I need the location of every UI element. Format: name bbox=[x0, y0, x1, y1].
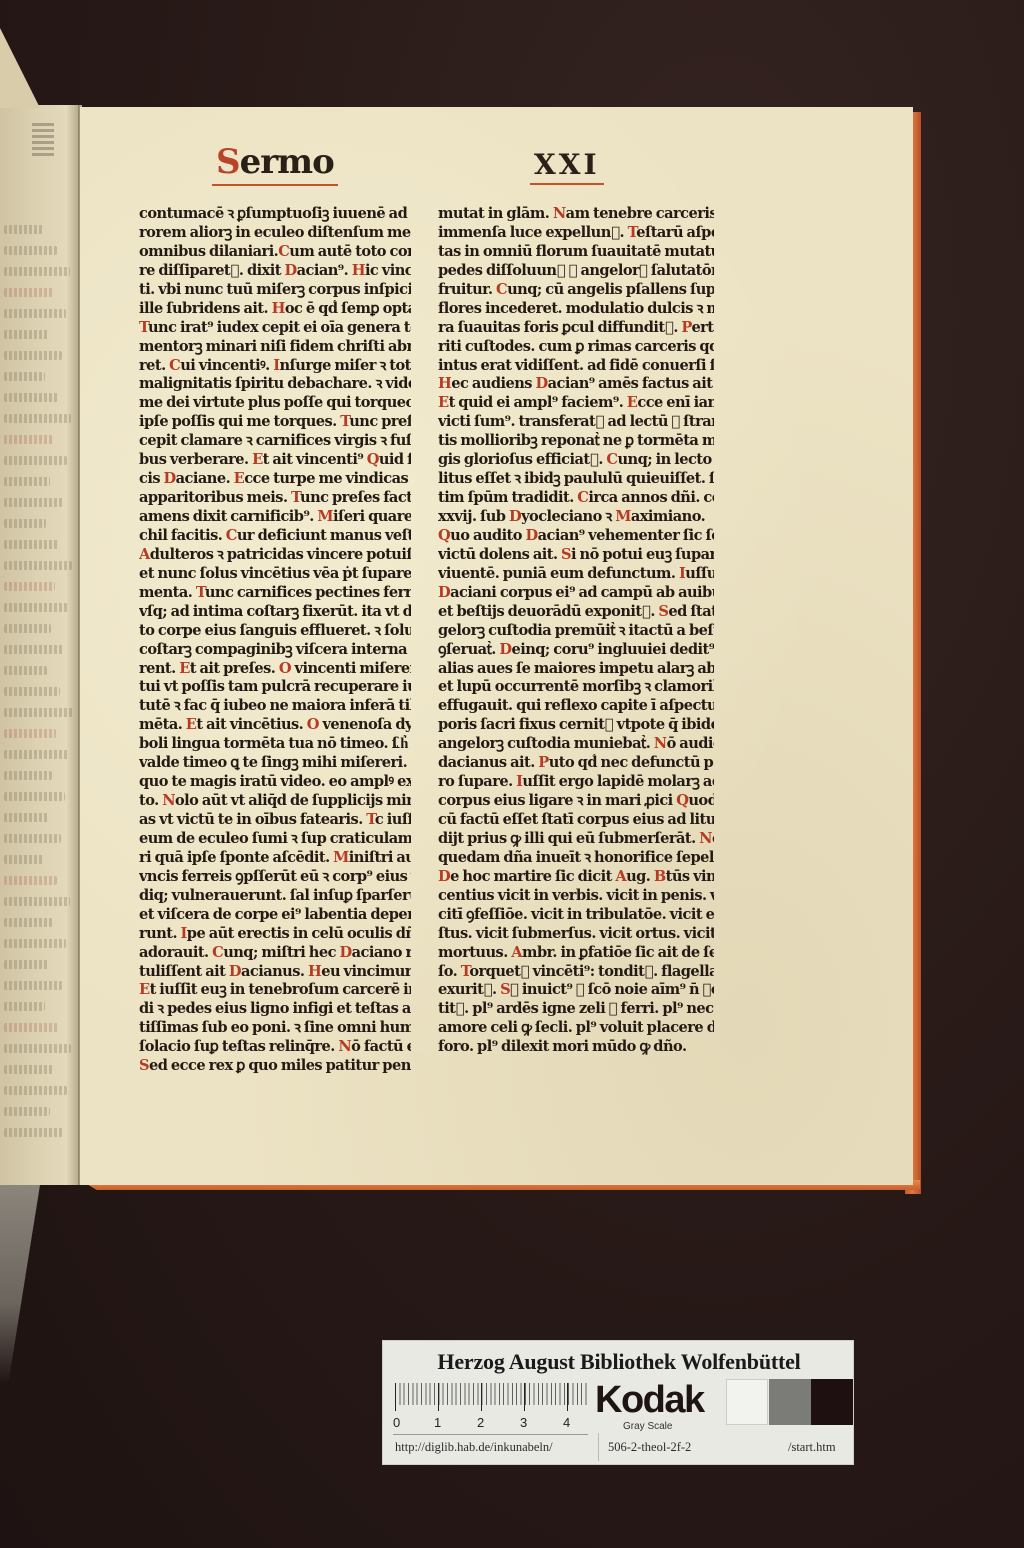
left-page-line bbox=[4, 750, 69, 759]
text-segment: to. bbox=[139, 792, 162, 809]
text-segment: ed ecce rex ꝑ quo miles patitur penaꝫ bbox=[149, 1057, 411, 1074]
text-segment: tim ſpūm tradidit. bbox=[438, 489, 577, 506]
text-segment: acianus. bbox=[241, 963, 308, 980]
text-line: coſtarꝫ compaginibꝫ viſcera interna pate… bbox=[139, 641, 411, 660]
text-segment: ꝯſeruatᷣ. bbox=[438, 641, 499, 658]
text-segment: oc ē qḋ ſemꝑ optaui bbox=[285, 300, 411, 317]
text-segment: corpus eius ligare ꝛ in mari ꝓici bbox=[438, 792, 676, 809]
text-segment: effugauit. qui reflexo capite ī aſpectu … bbox=[438, 697, 714, 714]
rubricated-initial: M bbox=[333, 849, 349, 866]
left-page-line bbox=[4, 1107, 50, 1116]
rubricated-initial: T bbox=[366, 811, 375, 828]
text-segment: aciane. bbox=[176, 470, 234, 487]
text-segment: tuliſſent ait bbox=[139, 963, 229, 980]
rubricated-initial: T bbox=[291, 489, 300, 506]
left-page-line bbox=[4, 1002, 45, 1011]
text-segment: gelorꝫ cuſtodia premūitᷣ ꝛ itactū a beſt… bbox=[438, 622, 714, 639]
text-line: corpus eius ligare ꝛ in mari ꝓici Quod bbox=[438, 792, 714, 811]
text-line: victū dolens ait. Si nō potui euꝫ ſupare bbox=[438, 546, 714, 565]
text-line: chil facitis. Cur deficiunt manus veſtre bbox=[139, 527, 411, 546]
text-line: amens dixit carnificib⁹. Miſeri quare ni bbox=[139, 508, 411, 527]
text-segment: malignitatis ſpiritu debachare. ꝛ videbi… bbox=[139, 375, 411, 392]
text-line: runt. Ipe aūt erectis in celū oculis dñm bbox=[139, 925, 411, 944]
text-line: dijt prius ꝙ illi qui eū ſubmerſerāt. Nō bbox=[438, 830, 714, 849]
text-line: re diſſiparetᷣ. dixit Dacian⁹. Hic vince… bbox=[139, 262, 411, 281]
text-segment: nſurge miſer ꝛ toto bbox=[279, 357, 411, 374]
text-segment: t ait vincenti⁹ bbox=[263, 451, 367, 468]
text-segment: tiſſimas ſub eo poni. ꝛ ſine omni humano bbox=[139, 1019, 411, 1036]
rubricated-initial: D bbox=[229, 963, 241, 980]
text-segment: unc irat⁹ iudex cepit ei oīa genera tor/ bbox=[148, 319, 411, 336]
text-segment: am tenebre carceris ab bbox=[566, 205, 714, 222]
text-segment: tutē ꝛ fac q̄ iubeo ne maiora inferā tib… bbox=[139, 697, 411, 714]
text-line: et viſcera de corpe ei⁹ labentia depende… bbox=[139, 906, 411, 925]
text-segment: angelorꝫ cuſtodia muniebatᷣ. bbox=[438, 735, 654, 752]
ruler-major-tick bbox=[395, 1383, 396, 1411]
left-page-line bbox=[4, 687, 60, 696]
text-segment: iſeri quare ni bbox=[333, 508, 411, 525]
measurement-ruler: 0 1 2 3 4 bbox=[393, 1383, 588, 1435]
text-line: rent. Et ait preſes. O vincenti miſerere bbox=[139, 660, 411, 679]
text-line: mutat in glām. Nam tenebre carceris ab bbox=[438, 205, 714, 224]
rubricated-initial: E bbox=[252, 451, 263, 468]
text-segment: ō bbox=[712, 830, 714, 847]
left-page-line bbox=[4, 1086, 67, 1095]
text-segment: di ꝛ pedes eius ligno infigi et teſtas a… bbox=[139, 1000, 411, 1017]
rubricated-initial: H bbox=[438, 375, 451, 392]
rubricated-initial: E bbox=[186, 716, 197, 733]
rubricated-initial: N bbox=[654, 735, 667, 752]
text-line: ſtus. vicit ſubmerſus. vicit ortus. vici… bbox=[438, 925, 714, 944]
left-page-line bbox=[4, 624, 51, 633]
ruler-number: 1 bbox=[434, 1415, 441, 1430]
ruler-number: 3 bbox=[520, 1415, 527, 1430]
text-line: ſolacio ſuꝑ teſtas relinq̄re. Nō factū e… bbox=[139, 1038, 411, 1057]
left-page-line bbox=[4, 225, 44, 234]
text-line: mentorꝫ minari niſi fidem chriſti abnega bbox=[139, 338, 411, 357]
rubricated-initial: C bbox=[212, 944, 223, 961]
text-line: apparitoribus meis. Tunc preſes factus bbox=[139, 489, 411, 508]
ruler-major-tick bbox=[481, 1383, 482, 1411]
rubricated-initial: H bbox=[352, 262, 365, 279]
text-segment: tas in omniū florum ſuauitatē mutatur. bbox=[438, 243, 714, 260]
rubricated-initial: H bbox=[308, 963, 321, 980]
rubricated-initial: C bbox=[496, 281, 507, 298]
text-segment: uod bbox=[688, 792, 714, 809]
text-segment: ti. vbi nunc tuū miſerꝫ corpus inſpicis. bbox=[139, 281, 411, 298]
rubricated-initial: A bbox=[511, 944, 522, 961]
text-line: foro. pl⁹ dilexit mori mūdo ꝙ dño. bbox=[438, 1038, 714, 1057]
rubricated-initial: C bbox=[169, 357, 180, 374]
text-line: Et quid ei ampl⁹ faciem⁹. Ecce enī iam bbox=[438, 394, 714, 413]
running-head-sermo: Sermo bbox=[212, 142, 338, 186]
text-line: gis glorioſus efficiatᷣ. Cunq; in lecto … bbox=[438, 451, 714, 470]
text-segment: ro ſupare. bbox=[438, 773, 516, 790]
left-page-line bbox=[4, 771, 52, 780]
text-segment: ra ſuauitas foris ꝑcul diffunditᷣ. bbox=[438, 319, 681, 336]
left-page-line bbox=[4, 855, 44, 864]
text-line: dacianus ait. Puto qḋ nec defunctū pote bbox=[438, 754, 714, 773]
text-segment: adorauit. bbox=[139, 944, 212, 961]
rubricated-initial: N bbox=[338, 1038, 351, 1055]
text-line: amore celi ꝙ ſecli. pl⁹ voluit placere d… bbox=[438, 1019, 714, 1038]
text-segment: dulteros ꝛ patricidas vincere potuiſtꝭ bbox=[150, 546, 411, 563]
text-line: tutē ꝛ fac q̄ iubeo ne maiora inferā tib… bbox=[139, 697, 411, 716]
text-segment: omnibus dilaniari. bbox=[139, 243, 278, 260]
text-segment: uſſu ḡ bbox=[685, 565, 714, 582]
rubricated-initial: E bbox=[139, 981, 150, 998]
left-page-line bbox=[4, 582, 55, 591]
text-segment: olo aūt vt aliq̄d de ſupplicijs minu bbox=[175, 792, 411, 809]
text-segment: vſq; ad intima coſtarꝫ fixerūt. ita vt d… bbox=[139, 603, 411, 620]
left-page-line bbox=[4, 708, 73, 717]
left-page-line bbox=[4, 351, 62, 360]
text-segment: tūs vin bbox=[666, 868, 714, 885]
text-segment: einq; coru⁹ ingluuiei dedit⁹ bbox=[511, 641, 714, 658]
text-line: quo te magis iratū video. eo amplꝰ exul bbox=[139, 773, 411, 792]
text-line: eum de eculeo ſumi ꝛ ſup craticulam aſſa bbox=[139, 830, 411, 849]
text-segment: cis bbox=[139, 470, 164, 487]
text-segment: venenoſa dya bbox=[319, 716, 411, 733]
text-segment: mentorꝫ minari niſi fidem chriſti abnega bbox=[139, 338, 411, 355]
text-segment: eſtarū aſperi bbox=[636, 224, 714, 241]
text-line: mēta. Et ait vincētius. O venenoſa dya bbox=[139, 716, 411, 735]
text-line: ti. vbi nunc tuū miſerꝫ corpus inſpicis.… bbox=[139, 281, 411, 300]
left-page-line bbox=[4, 393, 58, 402]
text-segment: boli lingua tormēta tua nō timeo. ſ꜡ h͛ … bbox=[139, 735, 411, 752]
text-line: diq; vulnerauerunt. ſal inſuꝑ ſparſerunt bbox=[139, 887, 411, 906]
text-segment: ri quā ipſe ſponte aſcēdit. bbox=[139, 849, 333, 866]
rubricated-initial: D bbox=[438, 868, 450, 885]
text-line: riti cuſtodes. cum ꝑ rimas carceris qḋ bbox=[438, 338, 714, 357]
text-segment: erter bbox=[691, 319, 714, 336]
text-segment: intus erat vidiſſent. ad fidē conuerſi ſ… bbox=[438, 357, 714, 374]
text-line: tiſſimas ſub eo poni. ꝛ ſine omni humano bbox=[139, 1019, 411, 1038]
text-segment: ꝫ inuict⁹ ꝑ ſcō noie aīm⁹ n̄ ꝯcu bbox=[510, 981, 714, 998]
text-line: quedam dña inueīt ꝛ honorifice ſepeliuit bbox=[438, 849, 714, 868]
text-segment: cepit clamare ꝛ carnifices virgis ꝛ fuſt… bbox=[139, 432, 411, 449]
ruler-number: 4 bbox=[563, 1415, 570, 1430]
text-segment: aciani corpus ei⁹ ad campū ab auibuſ bbox=[450, 584, 714, 601]
text-segment: acian⁹ vehementer ſic ſe bbox=[538, 527, 714, 544]
text-line: Tunc irat⁹ iudex cepit ei oīa genera tor… bbox=[139, 319, 411, 338]
text-segment: t ait vincētius. bbox=[196, 716, 306, 733]
text-line: contumacē ꝛ ꝑſumptuoſiꝫ iuuenē ad ter bbox=[139, 205, 411, 224]
left-page-line bbox=[4, 939, 66, 948]
rubricated-initial: A bbox=[139, 546, 150, 563]
left-page-line bbox=[4, 540, 59, 549]
text-segment: acian⁹. bbox=[297, 262, 352, 279]
text-line: vſq; ad intima coſtarꝫ fixerūt. ita vt d… bbox=[139, 603, 411, 622]
rubricated-initial: D bbox=[525, 527, 537, 544]
left-page-line bbox=[4, 519, 46, 528]
left-page-curl bbox=[0, 28, 40, 108]
text-line: Et iuſſit euꝫ in tenebroſum carcerē indu bbox=[139, 981, 411, 1000]
text-segment: ſolacio ſuꝑ teſtas relinq̄re. bbox=[139, 1038, 338, 1055]
text-segment: riti cuſtodes. cum ꝑ rimas carceris qḋ bbox=[438, 338, 714, 355]
rubricated-initial: D bbox=[509, 508, 521, 525]
text-line: vncis ferreis ꝯpſſerūt eū ꝛ corp⁹ eius v… bbox=[139, 868, 411, 887]
rubricated-initial: Q bbox=[438, 527, 450, 544]
text-segment: amens dixit carnificib⁹. bbox=[139, 508, 317, 525]
text-segment: eu vincimur. bbox=[321, 963, 411, 980]
rubricated-initial: E bbox=[234, 470, 245, 487]
text-segment: titᷣ. pl⁹ ardēs igne zeli ꝙ ferri. pl⁹ n… bbox=[438, 1000, 714, 1017]
text-segment: quedam dña inueīt ꝛ honorifice ſepeliuit bbox=[438, 849, 714, 866]
left-page-line bbox=[4, 309, 66, 318]
text-line: tim ſpūm tradidit. Circa annos dñi. cclx… bbox=[438, 489, 714, 508]
text-segment: unc carnifices pectines ferreos bbox=[205, 584, 411, 601]
text-segment: unq; in lecto po bbox=[618, 451, 715, 468]
left-page-line bbox=[4, 645, 64, 654]
text-line: gelorꝫ cuſtodia premūitᷣ ꝛ itactū a beſt… bbox=[438, 622, 714, 641]
text-segment: me dei virtute plus poſſe qui torqueor ꝙ bbox=[139, 394, 411, 411]
text-segment: exuritᷣ. bbox=[438, 981, 500, 998]
text-segment: ſo. bbox=[438, 963, 461, 980]
text-segment: acian⁹ amēs factus ait bbox=[548, 375, 713, 392]
rubricated-initial: D bbox=[438, 584, 450, 601]
url-suffix: /start.htm bbox=[788, 1440, 836, 1455]
left-page-line bbox=[4, 372, 45, 381]
left-page-line bbox=[4, 267, 70, 276]
left-page-line bbox=[4, 1065, 54, 1074]
text-line: immenſa luce expellunᷣ. Teſtarū aſperi bbox=[438, 224, 714, 243]
text-line: tuliſſent ait Dacianus. Heu vincimur. bbox=[139, 963, 411, 982]
text-segment: immenſa luce expellunᷣ. bbox=[438, 224, 628, 241]
left-page-line bbox=[4, 477, 50, 486]
text-line: Daciani corpus ei⁹ ad campū ab auibuſ bbox=[438, 584, 714, 603]
text-segment: re diſſiparetᷣ. dixit bbox=[139, 262, 284, 279]
text-segment: ipſe poſſis qui me torques. bbox=[139, 413, 340, 430]
text-line: ro ſupare. Iuſſit ergo lapidē molarꝫ ad bbox=[438, 773, 714, 792]
left-page-line bbox=[4, 330, 49, 339]
text-segment: ug. bbox=[626, 868, 654, 885]
text-line: menta. Tunc carnifices pectines ferreos bbox=[139, 584, 411, 603]
text-segment: ic vincen bbox=[365, 262, 411, 279]
text-line: cū factū eſſet ſtatī corpus eius ad litu… bbox=[438, 811, 714, 830]
left-page-line bbox=[4, 498, 63, 507]
text-segment: poris ſacri fixus cernitᷣ vtpote q̄ ibid… bbox=[438, 716, 714, 733]
left-page-line bbox=[4, 876, 57, 885]
text-segment: diq; vulnerauerunt. ſal inſuꝑ ſparſerunt bbox=[139, 887, 411, 904]
text-segment: uid fa bbox=[379, 451, 411, 468]
ruler-number: 0 bbox=[393, 1415, 400, 1430]
text-segment: mortuus. bbox=[438, 944, 511, 961]
text-line: mortuus. Ambr. in ꝑfatiōe ſic ait de ſei… bbox=[438, 944, 714, 963]
rubricated-initial: B bbox=[654, 868, 666, 885]
text-line: titᷣ. pl⁹ ardēs igne zeli ꝙ ferri. pl⁹ n… bbox=[438, 1000, 714, 1019]
swatch-gray bbox=[769, 1379, 811, 1425]
text-line: viuentē. puniā eum defunctum. Iuſſu ḡ bbox=[438, 565, 714, 584]
text-segment: unq; miſtri hec bbox=[223, 944, 339, 961]
rubricated-initial: E bbox=[179, 660, 190, 677]
text-column-right: mutat in glām. Nam tenebre carceris abim… bbox=[438, 205, 714, 1057]
text-segment: pedes diſſoluunᷣ ꝛ angelorꝫ ſalutatōne ꝑ bbox=[438, 262, 714, 279]
running-head: Sermo XXI bbox=[0, 142, 1024, 187]
text-line: Quo audito Dacian⁹ vehementer ſic ſe bbox=[438, 527, 714, 546]
text-segment: bus verberare. bbox=[139, 451, 252, 468]
text-segment: apparitoribus meis. bbox=[139, 489, 291, 506]
text-segment: uto qḋ nec defunctū pote bbox=[549, 754, 714, 771]
text-line: adorauit. Cunq; miſtri hec Daciano re/ bbox=[139, 944, 411, 963]
rubricated-initial: D bbox=[284, 262, 296, 279]
text-line: exuritᷣ. Sꝫ inuict⁹ ꝑ ſcō noie aīm⁹ n̄ ꝯ… bbox=[438, 981, 714, 1000]
text-line: malignitatis ſpiritu debachare. ꝛ videbi… bbox=[139, 375, 411, 394]
rubricated-initial: M bbox=[615, 508, 631, 525]
text-segment: valde timeo ꝗ te ſingꝫ mihi miſereri. bbox=[139, 754, 411, 771]
digilib-url: http://diglib.hab.de/inkunabeln/ bbox=[395, 1440, 553, 1455]
text-line: xxvij. ſub Dyocleciano ꝛ Maximiano. bbox=[438, 508, 714, 527]
text-line: tui vt poſſis tam pulcrā recuperare iuuē bbox=[139, 678, 411, 697]
left-page-line bbox=[4, 729, 56, 738]
text-segment: unc preſes bbox=[349, 413, 411, 430]
text-line: Adulteros ꝛ patricidas vincere potuiſtꝭ bbox=[139, 546, 411, 565]
text-segment: to corpe eius ſanguis efflueret. ꝛ ſolut… bbox=[139, 622, 411, 639]
text-line: et nunc ſolus vincētius vēa ṗt ſupare to… bbox=[139, 565, 411, 584]
rubricated-initial: D bbox=[339, 944, 351, 961]
left-page-line bbox=[4, 981, 62, 990]
text-segment: litus eſſet ꝛ ibidꝫ paululū quieuiſſet. … bbox=[438, 470, 714, 487]
text-segment: runt. bbox=[139, 925, 181, 942]
text-segment: et nunc ſolus vincētius vēa ṗt ſupare to… bbox=[139, 565, 411, 582]
text-line: rorem aliorꝫ in eculeo diſtenſum membrꝫ bbox=[139, 224, 411, 243]
text-segment: ur deficiunt manus veſtre bbox=[237, 527, 411, 544]
rubricated-initial: H bbox=[272, 300, 285, 317]
left-page-text-lines bbox=[4, 225, 74, 1149]
text-segment: orquetᷣ vincēti⁹: tonditᷣ. flagellatur bbox=[469, 963, 714, 980]
text-segment: victi ſum⁹. transferatᷣ ad lectū ꝛ ſtram… bbox=[438, 413, 714, 430]
color-target-card: Herzog August Bibliothek Wolfenbüttel 0 … bbox=[382, 1340, 854, 1465]
left-page-line bbox=[4, 1023, 58, 1032]
rubricated-initial: T bbox=[196, 584, 205, 601]
rubricated-initial: N bbox=[162, 792, 175, 809]
text-segment: irca annos dñi. cclx/ bbox=[588, 489, 714, 506]
rubricated-initial: Q bbox=[367, 451, 379, 468]
text-segment: ſtus. vicit ſubmerſus. vicit ortus. vici… bbox=[438, 925, 714, 942]
text-segment: foro. pl⁹ dilexit mori mūdo ꝙ dño. bbox=[438, 1038, 686, 1055]
rubricated-initial: Q bbox=[676, 792, 688, 809]
card-divider bbox=[598, 1433, 599, 1461]
text-segment: cce enī iam bbox=[637, 394, 714, 411]
text-line: victi ſum⁹. transferatᷣ ad lectū ꝛ ſtram… bbox=[438, 413, 714, 432]
text-segment: ec audiens bbox=[451, 375, 535, 392]
left-page-line bbox=[4, 246, 57, 255]
text-segment: gis glorioſus efficiatᷣ. bbox=[438, 451, 606, 468]
text-line: et lupū occurrentē morſibꝫ ꝛ clamoribus bbox=[438, 678, 714, 697]
rubricated-initial: S bbox=[139, 1057, 149, 1074]
left-page-line bbox=[4, 288, 53, 297]
text-segment: e hoc martire ſic dicit bbox=[450, 868, 615, 885]
text-segment: i nō potui euꝫ ſupare bbox=[571, 546, 714, 563]
left-page-line bbox=[4, 813, 48, 822]
text-line: cepit clamare ꝛ carnifices virgis ꝛ fuſt… bbox=[139, 432, 411, 451]
rubricated-initial: O bbox=[279, 660, 291, 677]
text-line: Sed ecce rex ꝑ quo miles patitur penaꝫ bbox=[139, 1057, 411, 1076]
text-segment: rent. bbox=[139, 660, 179, 677]
rubricated-initial: S bbox=[216, 142, 240, 182]
text-segment: vincenti miſerere bbox=[291, 660, 411, 677]
left-page-line bbox=[4, 603, 68, 612]
text-line: Hec audiens Dacian⁹ amēs factus ait bbox=[438, 375, 714, 394]
text-line: fruitur. Cunq; cū angelis pſallens ſuper bbox=[438, 281, 714, 300]
swatch-black bbox=[811, 1379, 853, 1425]
text-line: ſo. Torquetᷣ vincēti⁹: tonditᷣ. flagella… bbox=[438, 963, 714, 982]
text-line: tis mollioribꝫ reponatᷣ ne ꝑ tormēta ma/ bbox=[438, 432, 714, 451]
text-segment: cū factū eſſet ſtatī corpus eius ad litu… bbox=[438, 811, 714, 828]
text-segment: centius vicit in verbis. vicit in penis.… bbox=[438, 887, 714, 904]
text-segment: contumacē ꝛ ꝑſumptuoſiꝫ iuuenē ad ter bbox=[139, 205, 411, 222]
text-line: ra ſuauitas foris ꝑcul diffunditᷣ. Perte… bbox=[438, 319, 714, 338]
text-segment: iniſtri autꝫ bbox=[349, 849, 411, 866]
left-page-line bbox=[4, 1128, 63, 1137]
rubricated-initial: E bbox=[438, 394, 449, 411]
rubricated-initial: C bbox=[226, 527, 237, 544]
text-segment: unc preſes factus bbox=[300, 489, 411, 506]
text-segment: cce turpe me vindicas de bbox=[244, 470, 411, 487]
text-segment: ed ſtatī an bbox=[668, 603, 714, 620]
text-line: boli lingua tormēta tua nō timeo. ſ꜡ h͛ … bbox=[139, 735, 411, 754]
text-segment: citī ꝯfeſſiōe. vicit in tribulatōe. vici… bbox=[438, 906, 714, 923]
text-line: effugauit. qui reflexo capite ī aſpectu … bbox=[438, 697, 714, 716]
left-page-line bbox=[4, 666, 47, 675]
rubricated-initial: D bbox=[499, 641, 511, 658]
text-line: alias aues ſe maiores impetu alarꝫ abegi… bbox=[438, 660, 714, 679]
rubricated-initial: P bbox=[681, 319, 691, 336]
text-line: omnibus dilaniari.Cum autē toto corpo bbox=[139, 243, 411, 262]
rubricated-initial: S bbox=[500, 981, 510, 998]
text-segment: dijt prius ꝙ illi qui eū ſubmerſerāt. bbox=[438, 830, 699, 847]
text-line: pedes diſſoluunᷣ ꝛ angelorꝫ ſalutatōne ꝑ bbox=[438, 262, 714, 281]
text-segment: fruitur. bbox=[438, 281, 496, 298]
text-line: citī ꝯfeſſiōe. vicit in tribulatōe. vici… bbox=[438, 906, 714, 925]
left-page-line bbox=[4, 1044, 71, 1053]
ruler-major-tick bbox=[438, 1383, 439, 1411]
text-segment: menta. bbox=[139, 584, 196, 601]
text-segment: quo te magis iratū video. eo amplꝰ exul bbox=[139, 773, 411, 790]
text-line: to. Nolo aūt vt aliq̄d de ſupplicijs min… bbox=[139, 792, 411, 811]
text-segment: yocleciano ꝛ bbox=[521, 508, 615, 525]
shelfmark: 506-2-theol-2f-2 bbox=[608, 1440, 691, 1455]
text-line: ille ſubridens ait. Hoc ē qḋ ſemꝑ optaui bbox=[139, 300, 411, 319]
text-line: intus erat vidiſſent. ad fidē conuerſi ſ… bbox=[438, 357, 714, 376]
text-line: angelorꝫ cuſtodia muniebatᷣ. Nō audiēs bbox=[438, 735, 714, 754]
rubricated-initial: E bbox=[627, 394, 638, 411]
text-line: ꝯſeruatᷣ. Deinq; coru⁹ ingluuiei dedit⁹ bbox=[438, 641, 714, 660]
text-segment: chil facitis. bbox=[139, 527, 226, 544]
ruler-number: 2 bbox=[477, 1415, 484, 1430]
text-segment: aciano re/ bbox=[352, 944, 411, 961]
left-page-line bbox=[4, 561, 72, 570]
ruler-ticks bbox=[395, 1383, 587, 1405]
text-segment: ō factū eſt bbox=[351, 1038, 411, 1055]
text-line: litus eſſet ꝛ ibidꝫ paululū quieuiſſet. … bbox=[438, 470, 714, 489]
text-segment: c iuſſit bbox=[375, 811, 411, 828]
text-segment: ret. bbox=[139, 357, 169, 374]
text-line: as vt victū te in oībus fatearis. Tc iuſ… bbox=[139, 811, 411, 830]
text-line: centius vicit in verbis. vicit in penis.… bbox=[438, 887, 714, 906]
text-segment: et lupū occurrentē morſibꝫ ꝛ clamoribus bbox=[438, 678, 714, 695]
left-page-line bbox=[4, 834, 61, 843]
running-head-left-text: ermo bbox=[240, 142, 334, 182]
text-segment: viuentē. puniā eum defunctum. bbox=[438, 565, 679, 582]
text-line: ipſe poſſis qui me torques. Tunc preſes bbox=[139, 413, 411, 432]
text-segment: uo audito bbox=[450, 527, 525, 544]
text-segment: t ait preſes. bbox=[190, 660, 279, 677]
text-segment: victū dolens ait. bbox=[438, 546, 561, 563]
left-page-line bbox=[4, 792, 65, 801]
text-segment: uſſit ergo lapidē molarꝫ ad bbox=[522, 773, 714, 790]
rubricated-initial: P bbox=[538, 754, 548, 771]
